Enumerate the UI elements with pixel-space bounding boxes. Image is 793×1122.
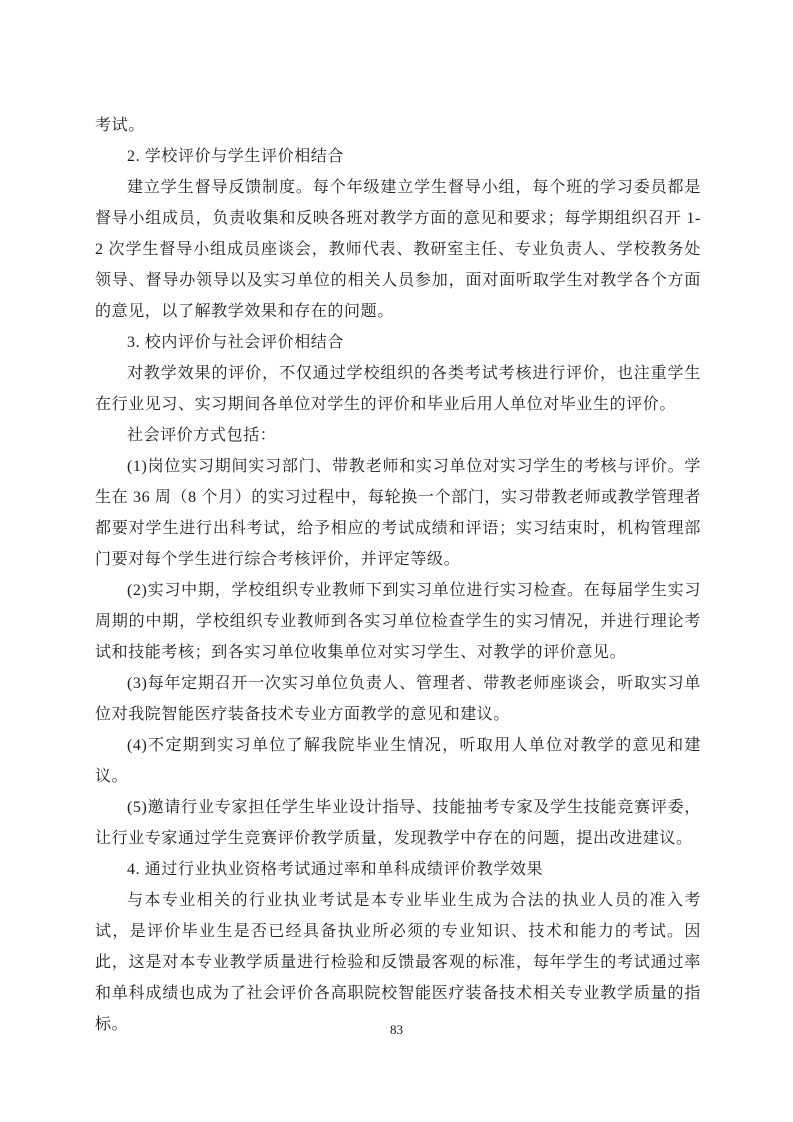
paragraph-continuation: 考试。: [95, 110, 701, 141]
paragraph-item-3: (3)每年定期召开一次实习单位负责人、管理者、带教老师座谈会，听取实习单位对我院…: [95, 668, 701, 730]
document-page: 考试。 2. 学校评价与学生评价相结合 建立学生督导反馈制度。每个年级建立学生督…: [0, 0, 793, 1122]
paragraph-teaching-effect-evaluation: 对教学效果的评价，不仅通过学校组织的各类考试考核进行评价，也注重学生在行业见习、…: [95, 358, 701, 420]
heading-internal-social-evaluation: 3. 校内评价与社会评价相结合: [95, 327, 701, 358]
paragraph-item-1: (1)岗位实习期间实习部门、带教老师和实习单位对实习学生的考核与评价。学生在 3…: [95, 451, 701, 575]
paragraph-supervision-feedback: 建立学生督导反馈制度。每个年级建立学生督导小组，每个班的学习委员都是督导小组成员…: [95, 172, 701, 327]
paragraph-licensing-exam: 与本专业相关的行业执业考试是本专业毕业生成为合法的执业人员的准入考试，是评价毕业…: [95, 885, 701, 1040]
paragraph-social-evaluation-intro: 社会评价方式包括：: [95, 420, 701, 451]
paragraph-item-2: (2)实习中期，学校组织专业教师下到实习单位进行实习检查。在每届学生实习周期的中…: [95, 575, 701, 668]
paragraph-item-5: (5)邀请行业专家担任学生毕业设计指导、技能抽考专家及学生技能竞赛评委，让行业专…: [95, 792, 701, 854]
heading-school-student-evaluation: 2. 学校评价与学生评价相结合: [95, 141, 701, 172]
heading-exam-pass-rate-evaluation: 4. 通过行业执业资格考试通过率和单科成绩评价教学效果: [95, 854, 701, 885]
paragraph-item-4: (4)不定期到实习单位了解我院毕业生情况，听取用人单位对教学的意见和建议。: [95, 730, 701, 792]
document-body: 考试。 2. 学校评价与学生评价相结合 建立学生督导反馈制度。每个年级建立学生督…: [95, 110, 701, 1040]
page-number: 83: [0, 1022, 793, 1038]
